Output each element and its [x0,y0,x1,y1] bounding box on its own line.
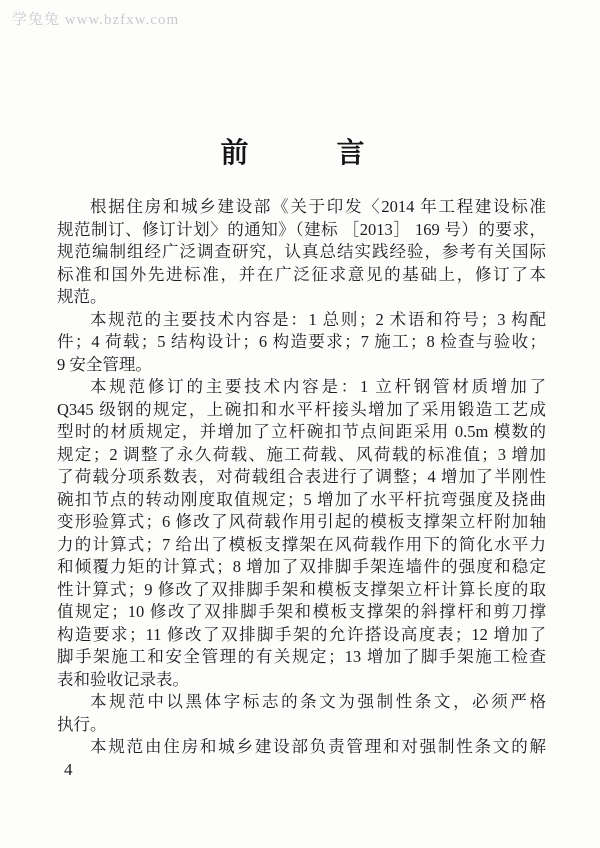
text-line: Q345 级钢的规定，上碗扣和水平杆接头增加了采用锻造工艺成 [57,399,546,422]
text-line: 型时的材质规定，并增加了立杆碗扣节点间距采用 0.5m 模数的 [57,421,546,444]
text-line: 了荷载分项系数表，对荷载组合表进行了调整；4 增加了半刚性 [57,466,546,489]
text-line: 规范制订、修订计划〉的通知》（建标 ［2013］ 169 号）的要求， [57,219,546,242]
text-line: 碗扣节点的转动刚度取值规定；5 增加了水平杆抗弯强度及挠曲 [57,489,546,512]
text-line: 本规范的主要技术内容是：1 总则；2 术语和符号；3 构配 [57,309,546,332]
text-line: 规定；2 调整了永久荷载、施工荷载、风荷载的标准值；3 增加 [57,444,546,467]
text-line: 本规范修订的主要技术内容是：1 立杆钢管材质增加了 [57,376,546,399]
scanned-document-page: { "watermark": { "text": "学兔兔 www.bzfxw.… [0,0,600,848]
paragraph: 本规范中以黑体字标志的条文为强制性条文，必须严格执行。 [57,691,546,736]
text-line: 构造要求；11 修改了双排脚手架的允许搭设高度表；12 增加了 [57,624,546,647]
text-line: 表和验收记录表。 [57,669,546,692]
page-number: 4 [64,760,73,780]
text-line: 性计算式；9 修改了双排脚手架和模板支撑架立杆计算长度的取 [57,579,546,602]
paragraph: 本规范的主要技术内容是：1 总则；2 术语和符号；3 构配件；4 荷载；5 结构… [57,309,546,377]
text-line: 本规范中以黑体字标志的条文为强制性条文，必须严格 [57,691,546,714]
text-line: 力的计算式；7 给出了模板支撑架在风荷载作用下的简化水平力 [57,534,546,557]
text-line: 执行。 [57,714,546,737]
text-line: 标准和国外先进标准，并在广泛征求意见的基础上，修订了本 [57,264,546,287]
page-title: 前 言 [0,131,586,171]
text-line: 和倾覆力矩的计算式；8 增加了双排脚手架连墙件的强度和稳定 [57,556,546,579]
paragraph: 本规范修订的主要技术内容是：1 立杆钢管材质增加了Q345 级钢的规定，上碗扣和… [57,376,546,691]
text-line: 9 安全管理。 [57,354,546,377]
text-line: 变形验算式；6 修改了风荷载作用引起的模板支撑架立杆附加轴 [57,511,546,534]
text-line: 本规范由住房和城乡建设部负责管理和对强制性条文的解 [57,736,546,759]
text-line: 规范。 [57,286,546,309]
preface-body: 根据住房和城乡建设部《关于印发〈2014 年工程建设标准规范制订、修订计划〉的通… [57,196,546,759]
text-line: 件；4 荷载；5 结构设计；6 构造要求；7 施工；8 检查与验收； [57,331,546,354]
text-line: 值规定；10 修改了双排脚手架和模板支撑架的斜撑杆和剪刀撑 [57,601,546,624]
text-line: 规范编制组经广泛调查研究，认真总结实践经验，参考有关国际 [57,241,546,264]
text-line: 根据住房和城乡建设部《关于印发〈2014 年工程建设标准 [57,196,546,219]
watermark: 学兔兔 www.bzfxw.com [12,8,179,29]
paragraph: 根据住房和城乡建设部《关于印发〈2014 年工程建设标准规范制订、修订计划〉的通… [57,196,546,309]
text-line: 脚手架施工和安全管理的有关规定；13 增加了脚手架施工检查 [57,646,546,669]
paragraph: 本规范由住房和城乡建设部负责管理和对强制性条文的解 [57,736,546,759]
